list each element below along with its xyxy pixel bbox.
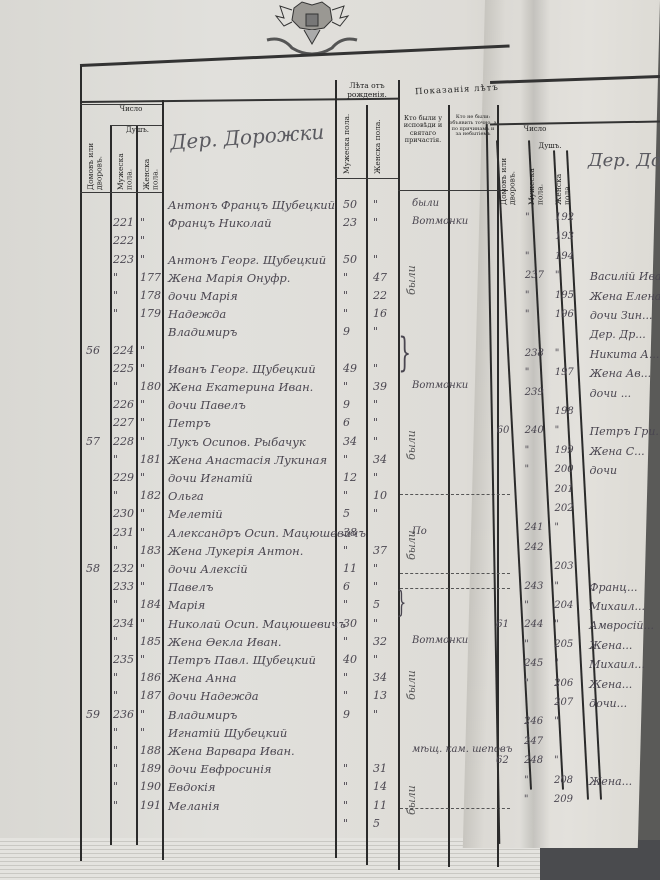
person-name: дочи Евфросинія xyxy=(168,762,272,776)
male-soul-number: " xyxy=(525,464,530,475)
male-soul-number: 235 xyxy=(113,653,134,666)
col-divider xyxy=(366,105,368,865)
person-name: Жена... xyxy=(589,639,632,652)
female-soul-number: " xyxy=(140,253,145,266)
margin-note: были xyxy=(405,500,418,560)
header-line xyxy=(398,190,508,191)
person-name: Меланія xyxy=(168,799,220,813)
person-name: Михаил... xyxy=(589,658,645,671)
female-soul-number: 200 xyxy=(555,464,574,475)
age-female: " xyxy=(373,562,378,575)
person-name: Николай Осип. Мацюшевичъ xyxy=(168,617,346,631)
female-soul-number: 184 xyxy=(140,598,161,611)
male-soul-number: 248 xyxy=(524,755,543,766)
age-female: " xyxy=(373,216,378,229)
person-name: Жена Лукерія Антон. xyxy=(168,544,303,558)
female-soul-number: 177 xyxy=(140,271,161,284)
female-soul-number: " xyxy=(555,425,560,436)
col-divider xyxy=(162,100,164,860)
male-soul-number: 221 xyxy=(113,216,134,229)
female-soul-number: 179 xyxy=(140,307,161,320)
person-name: Василій Иван... xyxy=(590,270,660,283)
right-header-number: Число xyxy=(500,125,570,133)
household-number: 57 xyxy=(86,435,100,448)
age-male: " xyxy=(343,689,348,702)
female-soul-number: 195 xyxy=(555,290,574,301)
age-female: 34 xyxy=(373,671,387,684)
female-soul-number: " xyxy=(140,471,145,484)
person-name: Ольга xyxy=(168,489,204,503)
female-soul-number: " xyxy=(140,398,145,411)
male-soul-number: 225 xyxy=(113,362,134,375)
female-soul-number: " xyxy=(554,755,559,766)
person-name: Надежда xyxy=(168,307,226,321)
person-name: Михаил... xyxy=(589,600,645,613)
age-female: 5 xyxy=(373,817,380,830)
age-female: " xyxy=(373,708,378,721)
female-soul-number: " xyxy=(555,348,560,359)
col-divider xyxy=(398,80,400,870)
header-households: Домовъ или дворовъ. xyxy=(87,130,104,190)
female-soul-number: " xyxy=(140,726,145,739)
male-soul-number: " xyxy=(524,794,529,805)
age-male: 5 xyxy=(343,507,350,520)
male-soul-number: 234 xyxy=(113,617,134,630)
person-name: дочи Надежда xyxy=(168,689,259,703)
age-male: 50 xyxy=(343,198,357,211)
confession-note: были xyxy=(412,198,439,209)
person-name: дочи Игнатій xyxy=(168,471,253,485)
age-female: 47 xyxy=(373,271,387,284)
age-female: 14 xyxy=(373,780,387,793)
male-soul-number: 224 xyxy=(113,344,134,357)
right-village-heading: Дер. Доро... xyxy=(588,150,660,171)
age-male: " xyxy=(343,762,348,775)
female-soul-number: " xyxy=(554,658,559,669)
female-soul-number: " xyxy=(140,435,145,448)
person-name: дочи ... xyxy=(590,387,632,400)
person-name: Петръ Гри... xyxy=(590,425,660,438)
age-male: " xyxy=(343,380,348,393)
age-female: " xyxy=(373,435,378,448)
age-female: " xyxy=(373,507,378,520)
age-female: " xyxy=(373,398,378,411)
female-soul-number: 185 xyxy=(140,635,161,648)
age-male: " xyxy=(343,544,348,557)
household-number: 59 xyxy=(86,708,100,721)
age-female: 37 xyxy=(373,544,387,557)
male-soul-number: 241 xyxy=(524,522,543,533)
age-female: " xyxy=(373,416,378,429)
person-name: Жена С... xyxy=(590,445,645,458)
right-header-households: Домовъ или дворовъ. xyxy=(500,150,517,205)
male-soul-number: " xyxy=(113,671,118,684)
age-male: " xyxy=(343,453,348,466)
male-soul-number: 238 xyxy=(525,348,544,359)
female-soul-number: 187 xyxy=(140,689,161,702)
age-male: 34 xyxy=(343,435,357,448)
male-soul-number: " xyxy=(524,678,529,689)
age-male: " xyxy=(343,799,348,812)
age-male: 12 xyxy=(343,471,357,484)
person-name: Францъ Николай xyxy=(168,216,272,230)
header-line xyxy=(80,192,162,193)
female-soul-number: 202 xyxy=(554,503,573,514)
person-name: Жена Анна xyxy=(168,671,237,685)
age-male: " xyxy=(343,271,348,284)
person-name: дочи... xyxy=(589,697,627,710)
margin-note: были xyxy=(405,400,418,460)
female-soul-number: 178 xyxy=(140,289,161,302)
female-soul-number: " xyxy=(555,270,560,281)
age-female: " xyxy=(373,198,378,211)
header-ages-female: Женска пола. xyxy=(374,112,382,174)
male-soul-number: " xyxy=(525,367,530,378)
age-female: " xyxy=(373,325,378,338)
male-soul-number: 223 xyxy=(113,253,134,266)
male-soul-number: 244 xyxy=(524,619,543,630)
household-number: 58 xyxy=(86,562,100,575)
age-male: " xyxy=(343,635,348,648)
person-name: Жена Екатерина Иван. xyxy=(168,380,313,394)
right-header-female: Женска пола. xyxy=(555,155,572,205)
person-name: Антонъ Францъ Щубецкий xyxy=(168,198,335,212)
female-soul-number: " xyxy=(140,362,145,375)
person-name: Амвросій... xyxy=(589,619,654,632)
female-soul-number: 183 xyxy=(140,544,161,557)
person-name: Владимиръ xyxy=(168,708,237,722)
person-name: Жена Марія Онуфр. xyxy=(168,271,290,285)
age-male: " xyxy=(343,489,348,502)
person-name: дочи xyxy=(590,464,618,477)
female-soul-number: " xyxy=(140,416,145,429)
male-soul-number: " xyxy=(113,744,118,757)
person-name: Мелетій xyxy=(168,507,223,521)
age-male: 6 xyxy=(343,580,350,593)
person-name: Жена Елена... xyxy=(590,290,660,303)
header-line xyxy=(335,178,398,179)
female-soul-number: 207 xyxy=(554,697,573,708)
male-soul-number: " xyxy=(113,307,118,320)
female-soul-number: 188 xyxy=(140,744,161,757)
person-name: Дер. Др... xyxy=(590,328,646,341)
person-name: Жена... xyxy=(589,775,632,788)
age-female: 39 xyxy=(373,380,387,393)
person-name: Иванъ Георг. Щубецкий xyxy=(168,362,316,376)
male-soul-number: " xyxy=(113,380,118,393)
person-name: Петръ xyxy=(168,416,211,430)
female-soul-number: 181 xyxy=(140,453,161,466)
age-male: 30 xyxy=(343,617,357,630)
female-soul-number: " xyxy=(140,216,145,229)
male-soul-number: 231 xyxy=(113,526,134,539)
right-header-male: Мужеска пола. xyxy=(528,155,545,205)
female-soul-number: 192 xyxy=(555,212,574,223)
header-souls: Душъ. xyxy=(115,126,160,134)
header-absent: Кто не были: объявить точно, а по причин… xyxy=(449,115,497,138)
male-soul-number: 228 xyxy=(113,435,134,448)
person-name: Марія xyxy=(168,598,205,612)
male-soul-number: 240 xyxy=(525,425,544,436)
age-female: " xyxy=(373,253,378,266)
female-soul-number: 206 xyxy=(554,678,573,689)
male-soul-number: " xyxy=(524,775,529,786)
female-soul-number: " xyxy=(140,580,145,593)
male-soul-number: 232 xyxy=(113,562,134,575)
header-ages: Лѣта отъ рожденія. xyxy=(336,82,398,99)
male-soul-number: " xyxy=(113,635,118,648)
person-name: Петръ Павл. Щубецкий xyxy=(168,653,316,667)
male-soul-number: 247 xyxy=(524,736,543,747)
age-male: 40 xyxy=(343,653,357,666)
confession-note: Вотмонки xyxy=(412,635,468,646)
male-soul-number: " xyxy=(113,780,118,793)
female-soul-number: " xyxy=(140,234,145,247)
header-confessed: Кто были у исповѣди и святаго причастія. xyxy=(399,115,447,145)
age-male: 9 xyxy=(343,398,350,411)
male-soul-number: " xyxy=(525,445,530,456)
age-male: " xyxy=(343,289,348,302)
female-soul-number: " xyxy=(554,522,559,533)
female-soul-number: " xyxy=(140,526,145,539)
female-soul-number: 204 xyxy=(554,600,573,611)
age-female: " xyxy=(373,362,378,375)
female-soul-number: 186 xyxy=(140,671,161,684)
brace: } xyxy=(398,330,411,376)
age-male: 6 xyxy=(343,416,350,429)
male-soul-number: 229 xyxy=(113,471,134,484)
male-soul-number: " xyxy=(113,271,118,284)
female-soul-number: 197 xyxy=(555,367,574,378)
right-header-souls: Душъ. xyxy=(525,142,575,150)
male-soul-number: " xyxy=(524,639,529,650)
confession-note: Вотмонки xyxy=(412,216,468,227)
female-soul-number: " xyxy=(554,716,559,727)
age-female: " xyxy=(373,653,378,666)
male-soul-number: " xyxy=(524,600,529,611)
person-name: Никита А... xyxy=(590,348,660,361)
female-soul-number: 190 xyxy=(140,780,161,793)
person-name: Жена Ѳекла Иван. xyxy=(168,635,282,649)
male-soul-number: 233 xyxy=(113,580,134,593)
age-female: " xyxy=(373,471,378,484)
male-soul-number: 239 xyxy=(525,387,544,398)
female-soul-number: 208 xyxy=(554,775,573,786)
age-male: 50 xyxy=(343,253,357,266)
male-soul-number: 242 xyxy=(524,542,543,553)
person-name: Александръ Осип. Мацюшевичъ xyxy=(168,526,366,540)
household-number: 61 xyxy=(496,619,509,630)
male-soul-number: 237 xyxy=(525,270,544,281)
person-name: Лукъ Осипов. Рыбачук xyxy=(168,435,306,449)
age-female: 16 xyxy=(373,307,387,320)
person-name: дочи Зин... xyxy=(590,309,653,322)
age-female: " xyxy=(373,580,378,593)
household-number: 60 xyxy=(497,425,510,436)
age-male: " xyxy=(343,307,348,320)
person-name: Игнатій Щубецкий xyxy=(168,726,287,740)
male-soul-number: 245 xyxy=(524,658,543,669)
male-soul-number: " xyxy=(525,290,530,301)
female-soul-number: " xyxy=(140,507,145,520)
age-female: 5 xyxy=(373,598,380,611)
age-male: " xyxy=(343,671,348,684)
female-soul-number: " xyxy=(140,653,145,666)
female-soul-number: 203 xyxy=(554,561,573,572)
person-name: Владимиръ xyxy=(168,325,237,339)
female-soul-number: " xyxy=(554,619,559,630)
male-soul-number: 227 xyxy=(113,416,134,429)
person-name: дочи Павелъ xyxy=(168,398,246,412)
female-soul-number: 180 xyxy=(140,380,161,393)
female-soul-number: " xyxy=(140,617,145,630)
female-soul-number: 191 xyxy=(140,799,161,812)
female-soul-number: " xyxy=(140,562,145,575)
col-divider xyxy=(136,125,138,845)
person-name: дочи Марія xyxy=(168,289,238,303)
table-border-left xyxy=(80,66,82,861)
person-name: дочи Алексій xyxy=(168,562,248,576)
person-name: Жена Анастасія Лукиная xyxy=(168,453,327,467)
male-soul-number: " xyxy=(113,762,118,775)
female-soul-number: 205 xyxy=(554,639,573,650)
male-soul-number: " xyxy=(113,726,118,739)
age-male: 49 xyxy=(343,362,357,375)
dashed-divider xyxy=(400,808,510,809)
person-name: Жена Варвара Иван. xyxy=(168,744,295,758)
age-female: 13 xyxy=(373,689,387,702)
male-soul-number: 246 xyxy=(524,716,543,727)
age-female: 32 xyxy=(373,635,387,648)
header-ages-male: Мужеска пола. xyxy=(343,112,351,174)
male-soul-number: " xyxy=(113,799,118,812)
person-name: Жена... xyxy=(589,678,632,691)
female-soul-number: 199 xyxy=(555,445,574,456)
age-male: 38 xyxy=(343,526,357,539)
age-female: 11 xyxy=(373,799,387,812)
female-soul-number: " xyxy=(140,708,145,721)
confession-note: Вотмонки xyxy=(412,380,468,391)
age-male: " xyxy=(343,780,348,793)
female-soul-number: 209 xyxy=(554,794,573,805)
male-soul-number: " xyxy=(113,598,118,611)
female-soul-number: 201 xyxy=(554,484,573,495)
age-female: 10 xyxy=(373,489,387,502)
age-female: " xyxy=(373,617,378,630)
age-female: 31 xyxy=(373,762,387,775)
margin-note: были xyxy=(405,235,418,295)
male-soul-number: " xyxy=(525,212,530,223)
male-soul-number: " xyxy=(525,251,530,262)
age-male: " xyxy=(343,598,348,611)
header-male: Мужеска пола. xyxy=(117,140,134,190)
male-soul-number: " xyxy=(113,489,118,502)
male-soul-number: 243 xyxy=(524,581,543,592)
household-number: 56 xyxy=(86,344,100,357)
age-male: " xyxy=(343,817,348,830)
person-name: Франц... xyxy=(589,581,637,594)
male-soul-number: " xyxy=(113,689,118,702)
male-soul-number: 226 xyxy=(113,398,134,411)
male-soul-number: " xyxy=(113,453,118,466)
male-soul-number: " xyxy=(113,289,118,302)
male-soul-number: 222 xyxy=(113,234,134,247)
age-male: 9 xyxy=(343,325,350,338)
age-female: 34 xyxy=(373,453,387,466)
header-number: Число xyxy=(100,105,162,113)
household-number: 62 xyxy=(496,755,509,766)
brace: } xyxy=(397,585,407,620)
header-female: Женска пола. xyxy=(143,140,160,190)
age-female: 22 xyxy=(373,289,387,302)
person-name: Павелъ xyxy=(168,580,213,594)
age-male: 23 xyxy=(343,216,357,229)
female-soul-number: 198 xyxy=(555,406,574,417)
male-soul-number: 236 xyxy=(113,708,134,721)
age-male: 11 xyxy=(343,562,357,575)
female-soul-number: " xyxy=(554,581,559,592)
female-soul-number: 196 xyxy=(555,309,574,320)
col-divider xyxy=(110,125,112,845)
person-name: Евдокія xyxy=(168,780,215,794)
male-soul-number: " xyxy=(113,544,118,557)
female-soul-number: " xyxy=(140,344,145,357)
female-soul-number: 194 xyxy=(555,251,574,262)
person-name: Антонъ Георг. Щубецкий xyxy=(168,253,326,267)
female-soul-number: 189 xyxy=(140,762,161,775)
age-male: 9 xyxy=(343,708,350,721)
male-soul-number: " xyxy=(525,309,530,320)
margin-note: были xyxy=(405,640,418,700)
male-soul-number: 230 xyxy=(113,507,134,520)
person-name: Жена Ав... xyxy=(590,367,651,380)
female-soul-number: 193 xyxy=(555,231,574,242)
col-divider xyxy=(335,80,337,858)
female-soul-number: 182 xyxy=(140,489,161,502)
